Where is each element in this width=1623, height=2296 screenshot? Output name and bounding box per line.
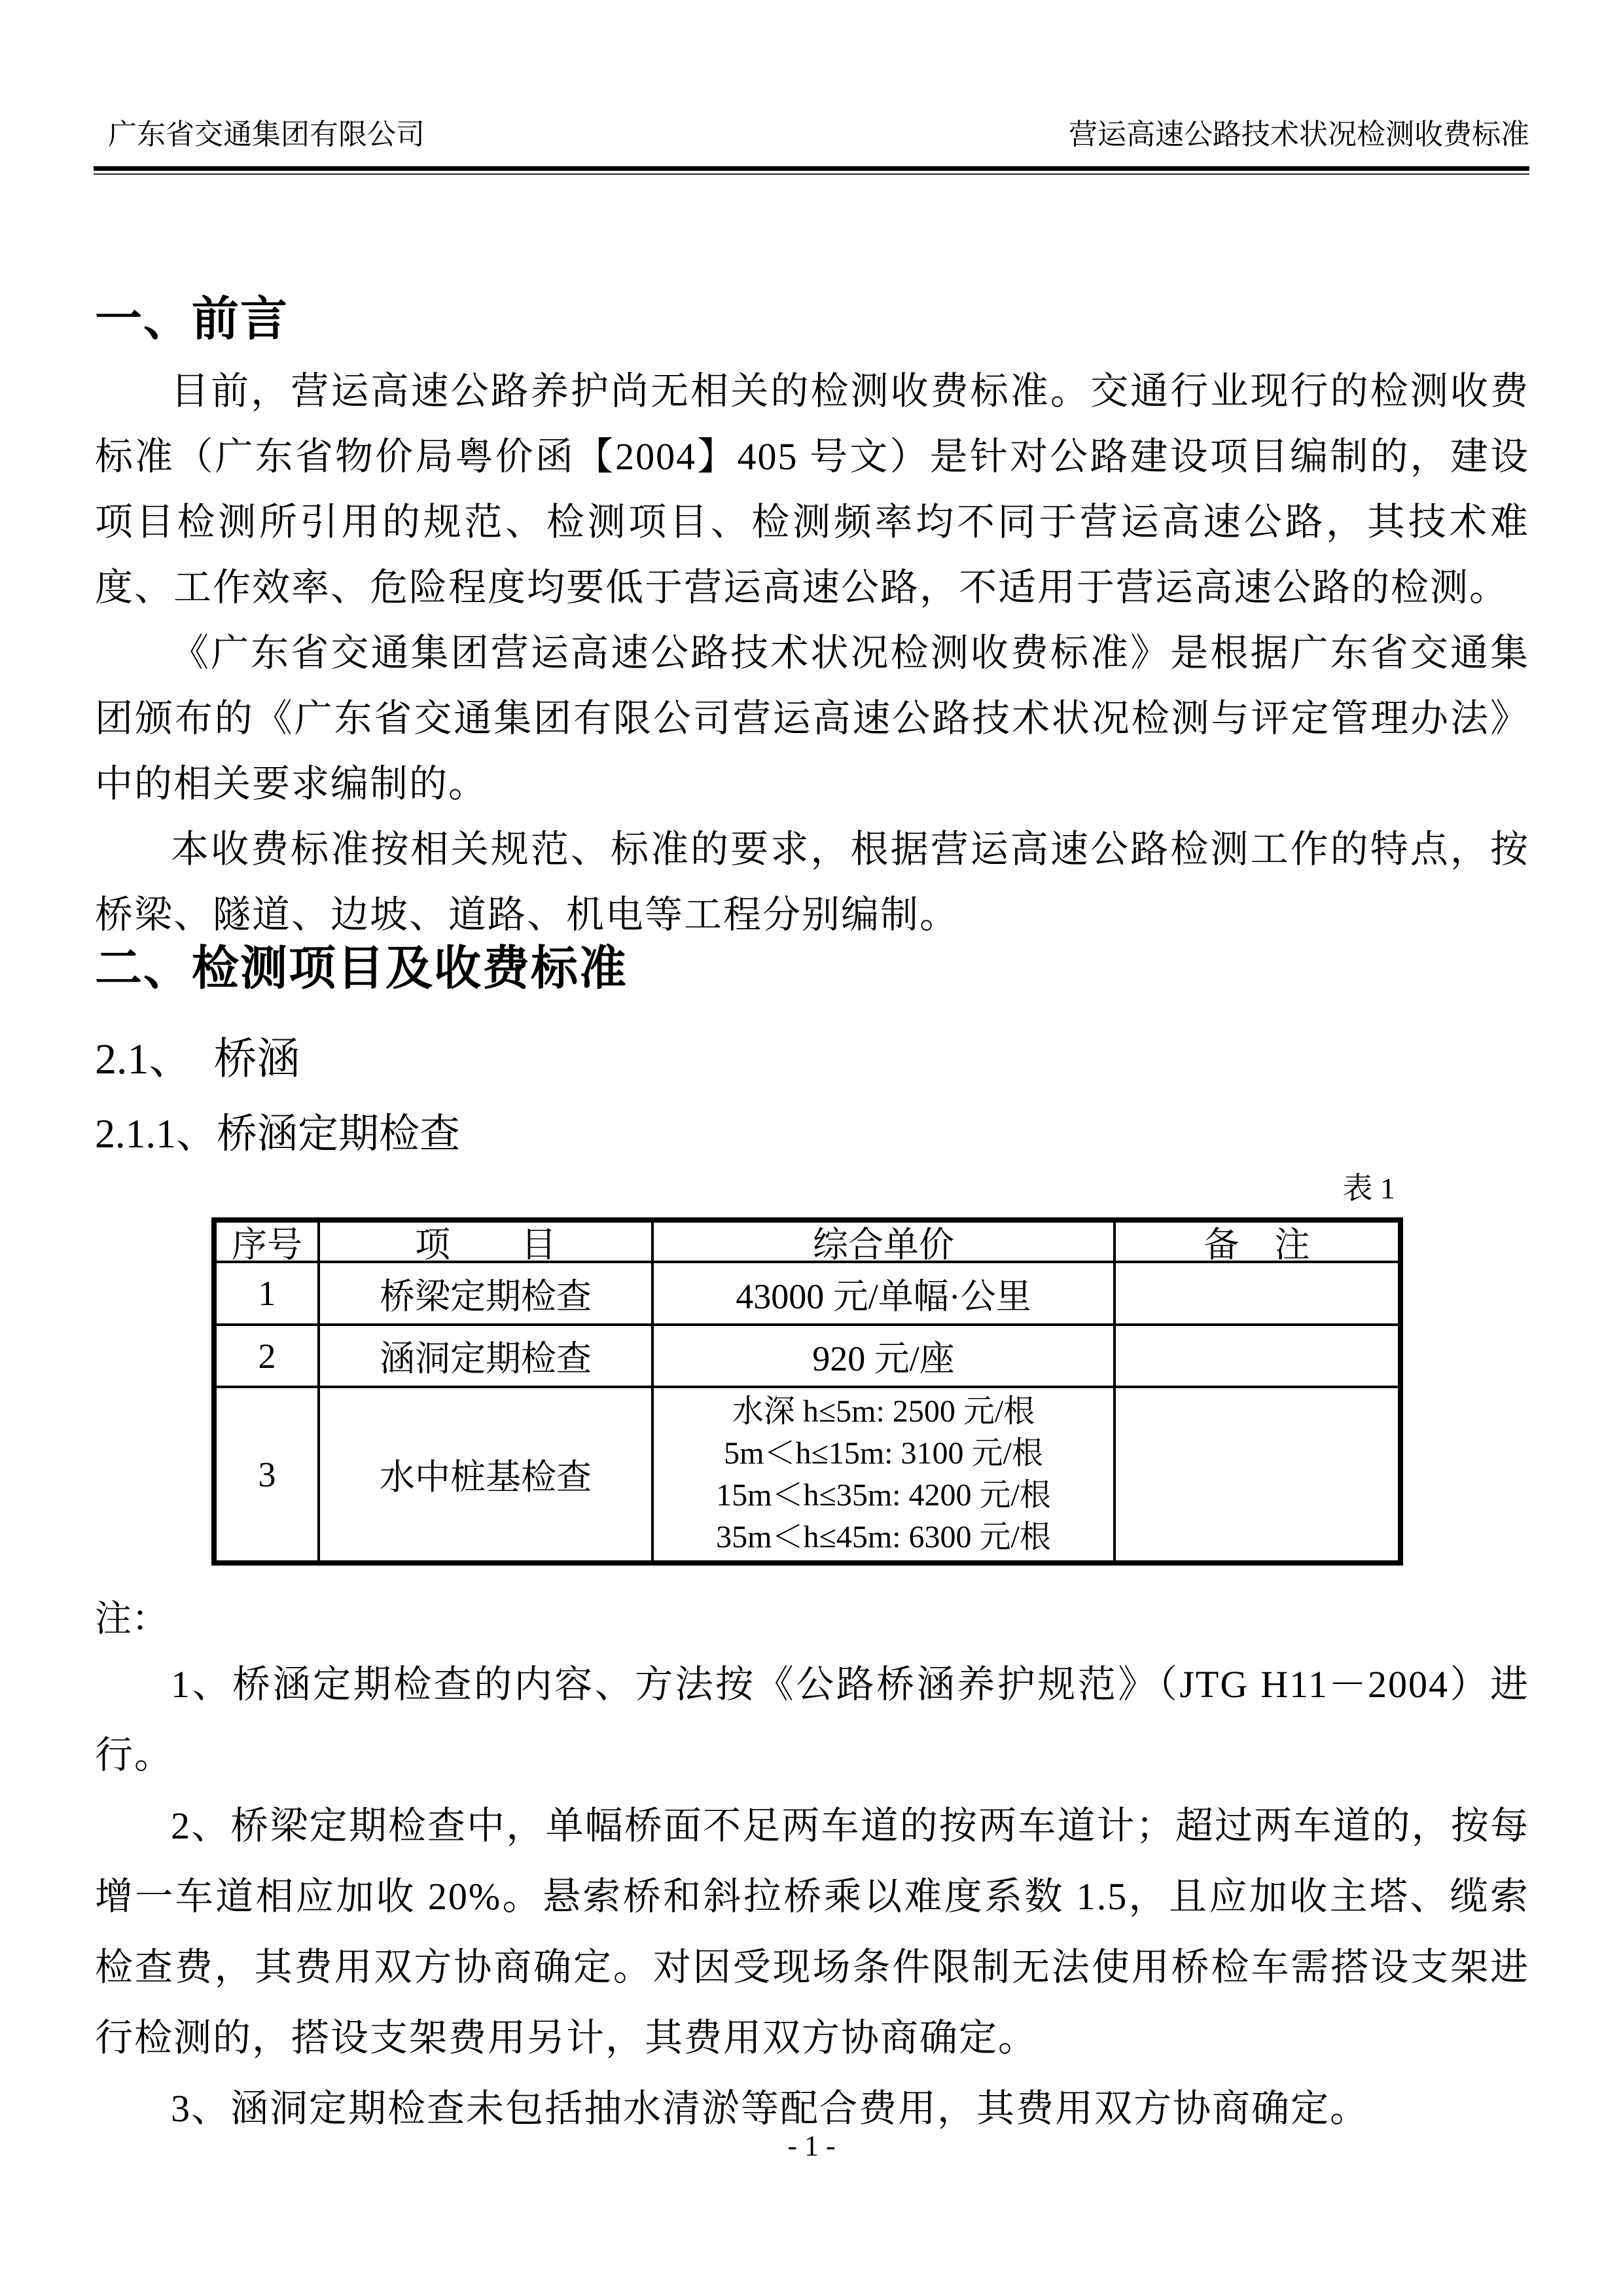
subsection-title-bridge-culvert: 2.1、 桥涵: [95, 1035, 1529, 1084]
section-title-items: 二、检测项目及收费标准: [95, 942, 1529, 995]
note-item-1: 1、桥涵定期检查的内容、方法按《公路桥涵养护规范》（JTG H11－2004）进…: [95, 1649, 1529, 1791]
table-row-1-price: 43000 元/单幅·公里: [654, 1263, 1116, 1326]
table-row-1-seq: 1: [217, 1263, 320, 1326]
page-header-company: 广东省交通集团有限公司: [95, 117, 425, 153]
page-number: - 1 -: [0, 2128, 1623, 2164]
notes-label: 注：: [95, 1596, 168, 1643]
table-row-2-price: 920 元/座: [654, 1326, 1116, 1388]
price-tier-3: 15m＜h≤35m: 4200 元/根: [716, 1475, 1051, 1516]
column-header-price: 综合单价: [654, 1223, 1116, 1263]
column-header-remark: 备 注: [1116, 1223, 1398, 1263]
price-tier-4: 35m＜h≤45m: 6300 元/根: [716, 1516, 1051, 1558]
document-page: 广东省交通集团有限公司 营运高速公路技术状况检测收费标准 一、前言 目前，营运高…: [0, 0, 1623, 2296]
section-title-foreword: 一、前言: [95, 293, 1529, 346]
table-row-2-remark: [1116, 1326, 1398, 1388]
page-header-doc-title: 营运高速公路技术状况检测收费标准: [1069, 117, 1529, 153]
table-row-3-price: 水深 h≤5m: 2500 元/根 5m＜h≤15m: 3100 元/根 15m…: [654, 1388, 1116, 1560]
page-header: 广东省交通集团有限公司 营运高速公路技术状况检测收费标准: [95, 117, 1529, 153]
table-row-1-item: 桥梁定期检查: [320, 1263, 654, 1326]
column-header-seq: 序号: [217, 1223, 320, 1263]
price-tier-2: 5m＜h≤15m: 3100 元/根: [724, 1433, 1043, 1475]
table-row-3-seq: 3: [217, 1388, 320, 1560]
foreword-paragraph-3: 本收费标准按相关规范、标准的要求，根据营运高速公路检测工作的特点，按桥梁、隧道、…: [95, 817, 1529, 948]
table-caption: 表 1: [1343, 1170, 1396, 1207]
foreword-paragraph-1: 目前，营运高速公路养护尚无相关的检测收费标准。交通行业现行的检测收费标准（广东省…: [95, 359, 1529, 620]
fee-table: 序号 项 目 综合单价 备 注 1 桥梁定期检查 43000 元/单幅·公里 2…: [211, 1217, 1403, 1566]
table-row-3-item: 水中桩基检查: [320, 1388, 654, 1560]
table-row-2-seq: 2: [217, 1326, 320, 1388]
table-row-1-remark: [1116, 1263, 1398, 1326]
column-header-item: 项 目: [320, 1223, 654, 1263]
foreword-paragraph-2: 《广东省交通集团营运高速公路技术状况检测收费标准》是根据广东省交通集团颁布的《广…: [95, 620, 1529, 817]
subsection-title-periodic-inspection: 2.1.1、桥涵定期检查: [95, 1111, 1529, 1157]
table-row-2-item: 涵洞定期检查: [320, 1326, 654, 1388]
header-rule: [94, 166, 1529, 175]
note-item-2: 2、桥梁定期检查中，单幅桥面不足两车道的按两车道计；超过两车道的，按每增一车道相…: [95, 1791, 1529, 2073]
table-row-3-remark: [1116, 1388, 1398, 1560]
price-tier-1: 水深 h≤5m: 2500 元/根: [732, 1391, 1035, 1433]
